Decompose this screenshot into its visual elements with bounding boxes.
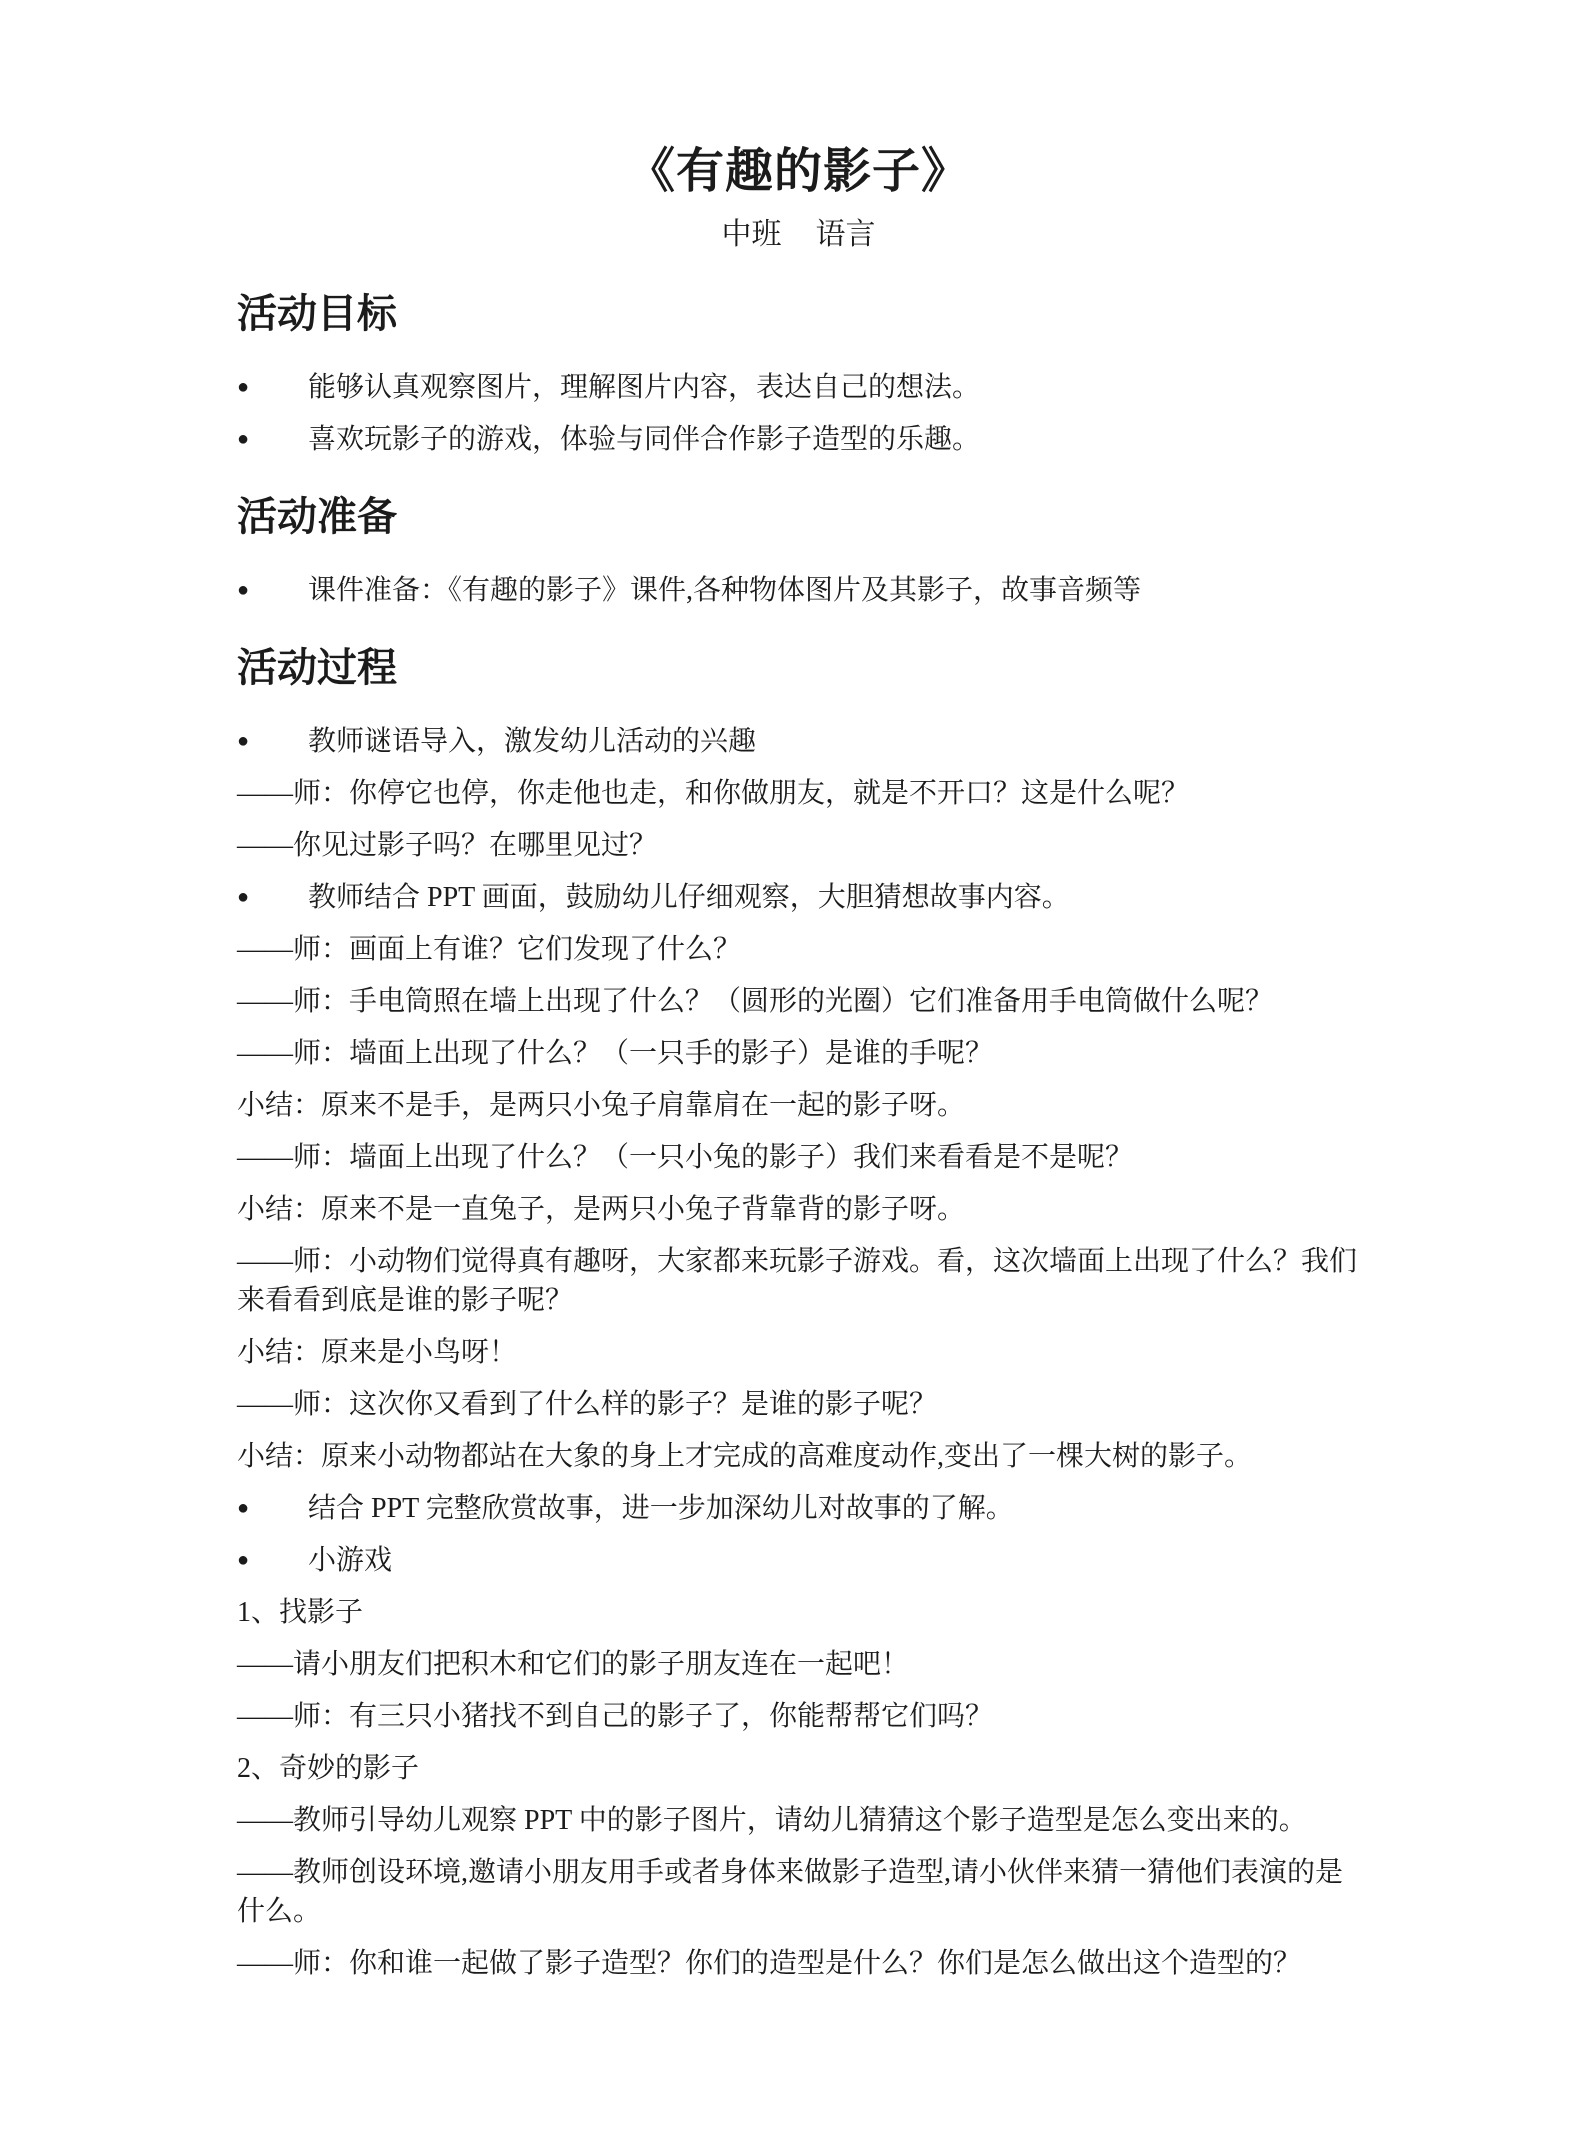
paragraph-line: ——师：墙面上出现了什么？（一只小兔的影子）我们来看看是不是呢？ (237, 1138, 1360, 1177)
section-heading-preparation: 活动准备 (237, 491, 1360, 543)
bullet-item-text: 喜欢玩影子的游戏，体验与同伴合作影子造型的乐趣。 (308, 420, 1360, 459)
subtitle-subject-label: 语言 (816, 214, 876, 256)
paragraph-line: ——师：手电筒照在墙上出现了什么？（圆形的光圈）它们准备用手电筒做什么呢？ (237, 982, 1360, 1021)
paragraph-line: ——师：画面上有谁？它们发现了什么？ (237, 930, 1360, 969)
bullet-item-text: 小游戏 (308, 1541, 1360, 1580)
section-heading-goals: 活动目标 (237, 288, 1360, 340)
bullet-item-text: 教师谜语导入，激发幼儿活动的兴趣 (308, 722, 1360, 761)
paragraph-line: 2、奇妙的影子 (237, 1749, 1360, 1788)
bullet-item: ● 课件准备：《有趣的影子》课件,各种物体图片及其影子，故事音频等 (237, 571, 1360, 610)
bullet-item: ● 能够认真观察图片，理解图片内容，表达自己的想法。 (237, 368, 1360, 407)
bullet-icon: ● (237, 1541, 308, 1580)
bullet-item: ● 教师结合 PPT 画面，鼓励幼儿仔细观察，大胆猜想故事内容。 (237, 878, 1360, 917)
bullet-item-text: 教师结合 PPT 画面，鼓励幼儿仔细观察，大胆猜想故事内容。 (308, 878, 1360, 917)
paragraph-line: ——师：墙面上出现了什么？（一只手的影子）是谁的手呢？ (237, 1034, 1360, 1073)
paragraph-line: ——教师创设环境,邀请小朋友用手或者身体来做影子造型,请小伙伴来猜一猜他们表演的… (237, 1853, 1360, 1931)
bullet-icon: ● (237, 571, 308, 610)
paragraph-line: ——师：你停它也停，你走他也走，和你做朋友，就是不开口？这是什么呢？ (237, 774, 1360, 813)
bullet-item-text: 结合 PPT 完整欣赏故事，进一步加深幼儿对故事的了解。 (308, 1489, 1360, 1528)
bullet-item-text: 课件准备：《有趣的影子》课件,各种物体图片及其影子，故事音频等 (308, 571, 1360, 610)
document-subtitle: 中班 语言 (237, 214, 1360, 256)
document-page: 《有趣的影子》 中班 语言 活动目标 ● 能够认真观察图片，理解图片内容，表达自… (0, 0, 1587, 2133)
bullet-item: ● 结合 PPT 完整欣赏故事，进一步加深幼儿对故事的了解。 (237, 1489, 1360, 1528)
bullet-item: ● 喜欢玩影子的游戏，体验与同伴合作影子造型的乐趣。 (237, 420, 1360, 459)
paragraph-line: ——师：有三只小猪找不到自己的影子了，你能帮帮它们吗？ (237, 1697, 1360, 1736)
bullet-icon: ● (237, 878, 308, 917)
paragraph-line: 小结：原来小动物都站在大象的身上才完成的高难度动作,变出了一棵大树的影子。 (237, 1437, 1360, 1476)
document-title: 《有趣的影子》 (237, 140, 1360, 204)
paragraph-line: ——你见过影子吗？在哪里见过？ (237, 826, 1360, 865)
bullet-icon: ● (237, 1489, 308, 1528)
bullet-icon: ● (237, 368, 308, 407)
bullet-item: ● 小游戏 (237, 1541, 1360, 1580)
bullet-icon: ● (237, 420, 308, 459)
paragraph-line: ——教师引导幼儿观察 PPT 中的影子图片，请幼儿猜猜这个影子造型是怎么变出来的… (237, 1801, 1360, 1840)
paragraph-line: ——请小朋友们把积木和它们的影子朋友连在一起吧！ (237, 1645, 1360, 1684)
paragraph-line: 小结：原来不是手，是两只小兔子肩靠肩在一起的影子呀。 (237, 1086, 1360, 1125)
paragraph-line: ——师：你和谁一起做了影子造型？你们的造型是什么？你们是怎么做出这个造型的？ (237, 1944, 1360, 1983)
bullet-item-text: 能够认真观察图片，理解图片内容，表达自己的想法。 (308, 368, 1360, 407)
bullet-icon: ● (237, 722, 308, 761)
bullet-item: ● 教师谜语导入，激发幼儿活动的兴趣 (237, 722, 1360, 761)
section-heading-process: 活动过程 (237, 642, 1360, 694)
paragraph-line: ——师：小动物们觉得真有趣呀，大家都来玩影子游戏。看，这次墙面上出现了什么？我们… (237, 1242, 1360, 1320)
subtitle-class-label: 中班 (722, 214, 782, 256)
paragraph-line: 小结：原来是小鸟呀！ (237, 1333, 1360, 1372)
paragraph-line: ——师：这次你又看到了什么样的影子？是谁的影子呢？ (237, 1385, 1360, 1424)
paragraph-line: 1、找影子 (237, 1593, 1360, 1632)
paragraph-line: 小结：原来不是一直兔子，是两只小兔子背靠背的影子呀。 (237, 1190, 1360, 1229)
